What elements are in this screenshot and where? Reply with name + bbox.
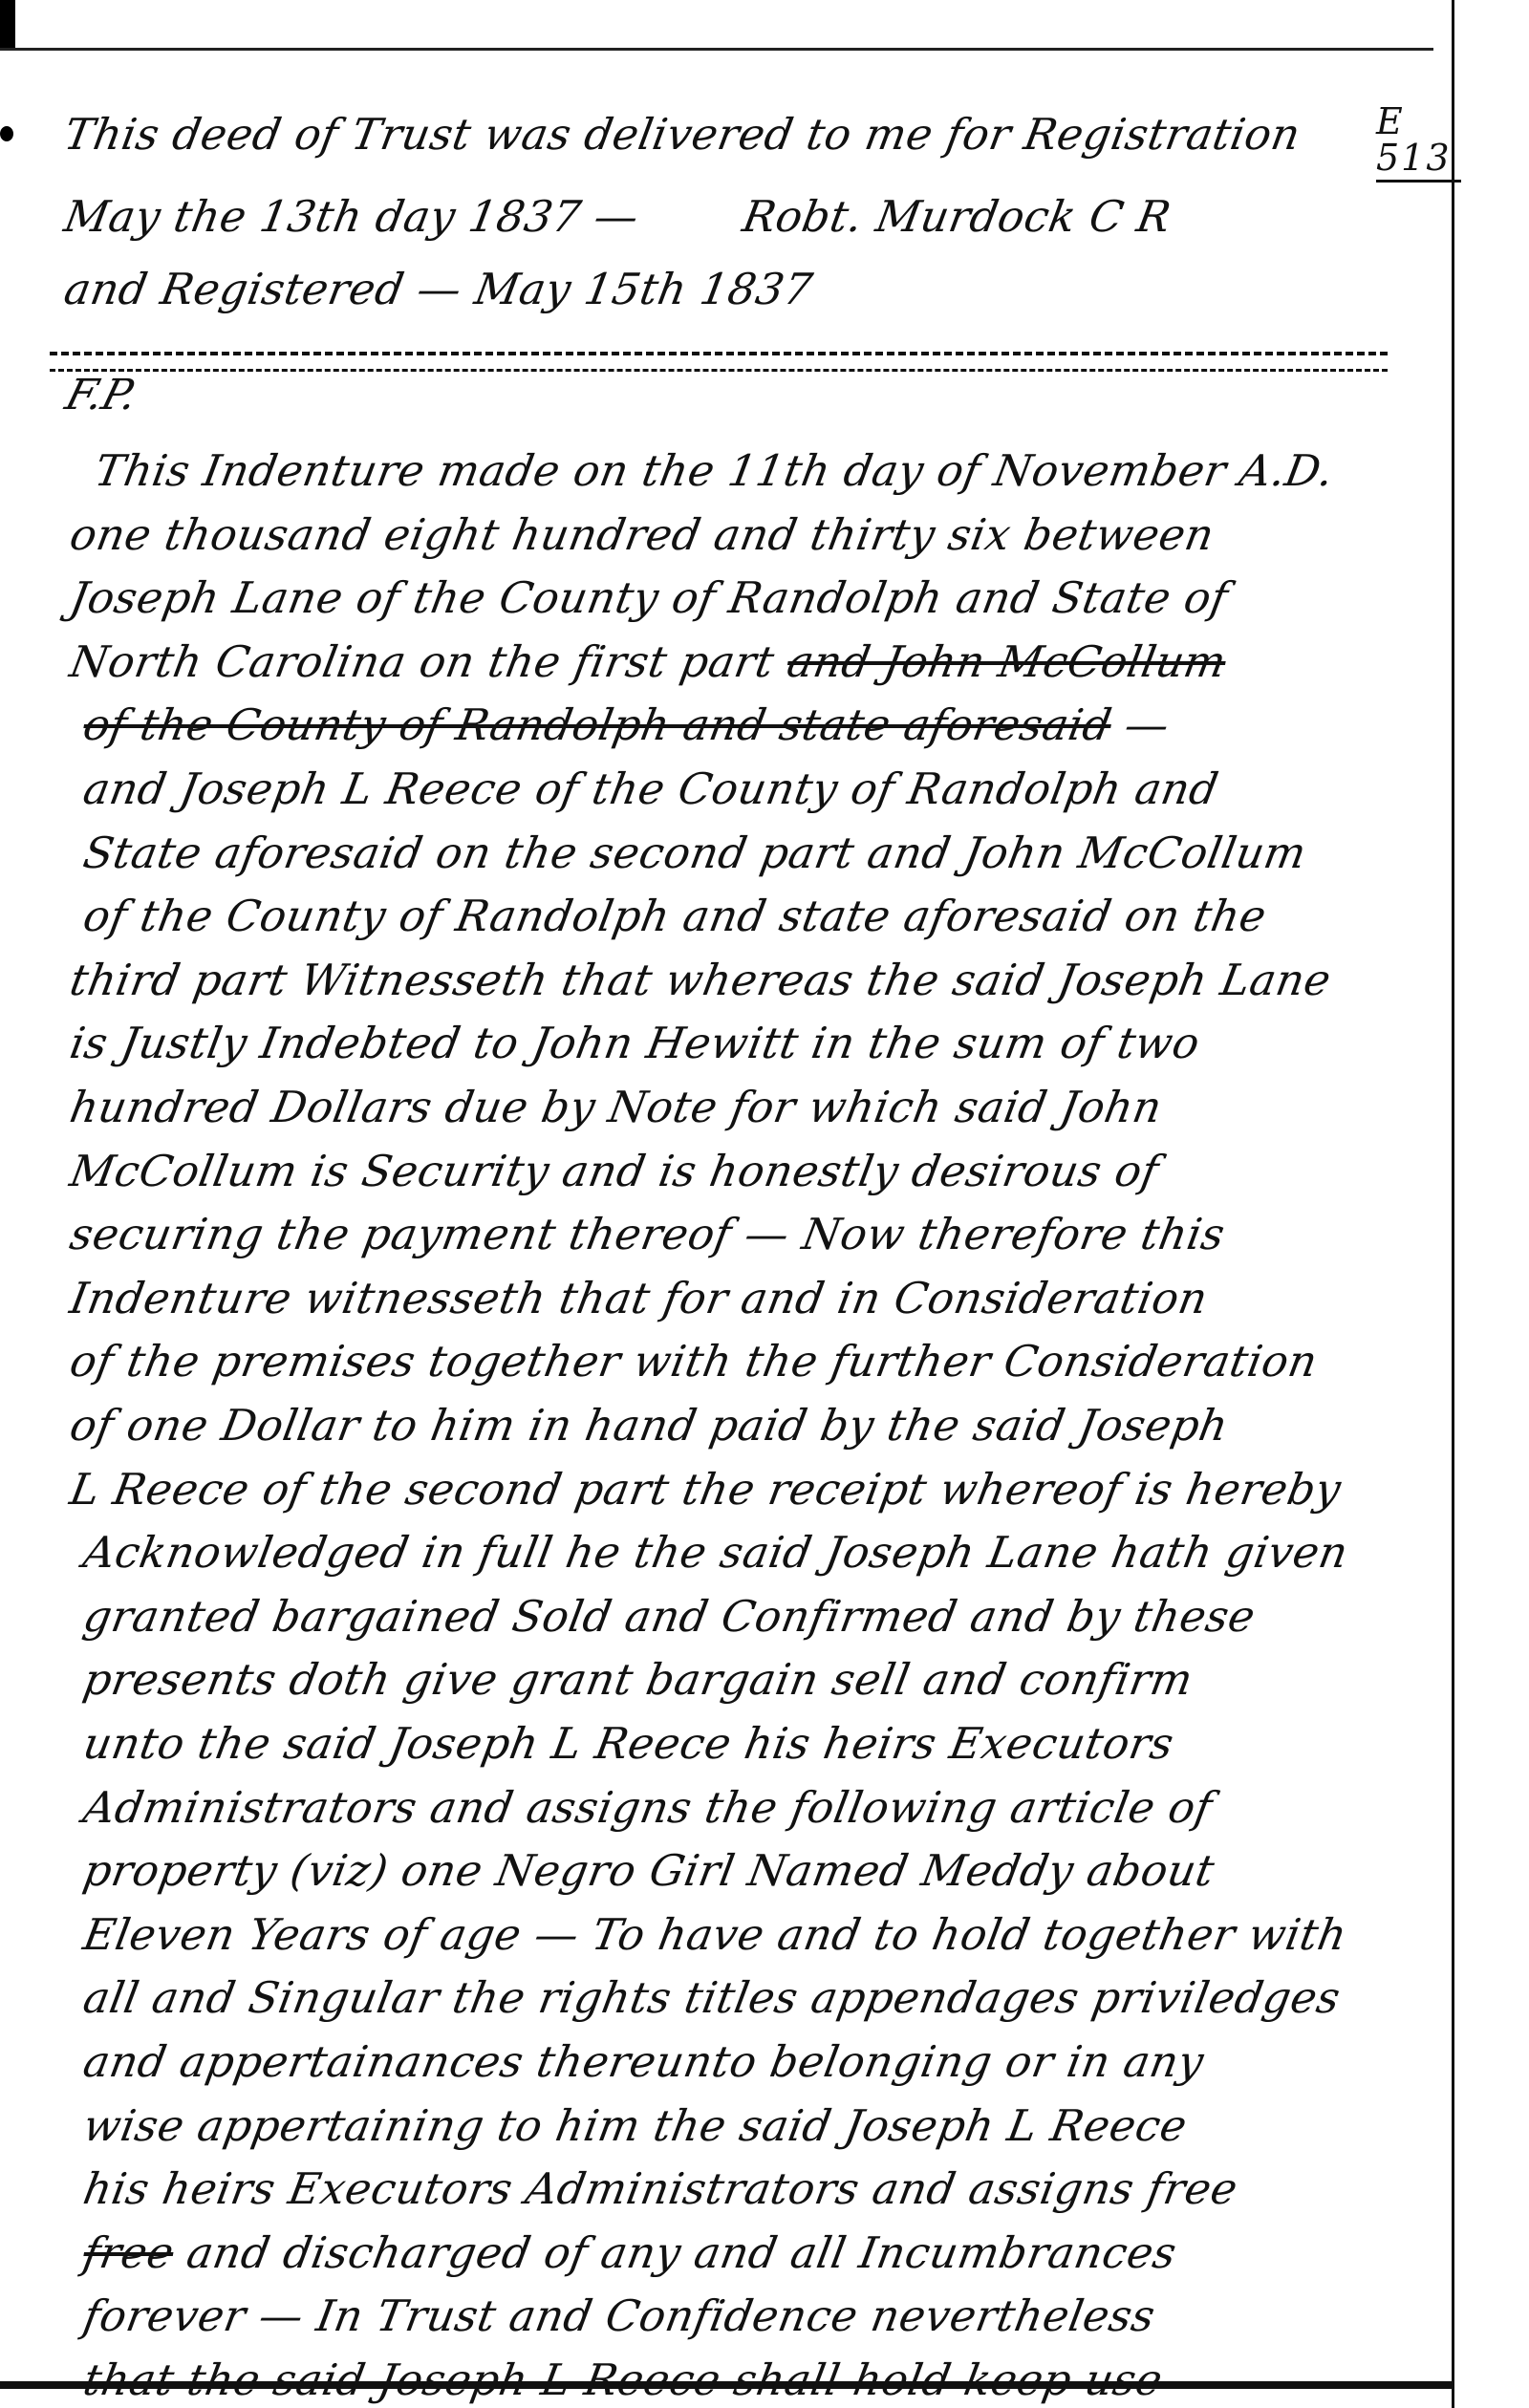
line-text: — — [1107, 699, 1174, 750]
deed-text-line: Acknowledged in full he the said Joseph … — [80, 1531, 1351, 1574]
deed-text-line: property (viz) one Negro Girl Named Medd… — [80, 1849, 1217, 1892]
line-text: This Indenture made on the 11th day of N… — [91, 445, 1338, 496]
line-text: State aforesaid on the second part and J… — [79, 828, 1310, 878]
line-text: one thousand eight hundred and thirty si… — [66, 509, 1217, 560]
deed-text-line: one thousand eight hundred and thirty si… — [67, 513, 1217, 556]
deed-page: E 513 This deed of Trust was delivered t… — [0, 50, 1433, 2381]
struck-out-text: free — [79, 2227, 178, 2278]
registration-line-1: This deed of Trust was delivered to me f… — [61, 113, 1303, 156]
deed-text-line: Eleven Years of age — To have and to hol… — [80, 1913, 1350, 1956]
deed-text-line: third part Witnesseth that whereas the s… — [67, 958, 1334, 1001]
line-text: McCollum is Security and is honestly des… — [66, 1146, 1162, 1196]
deed-text-line: Joseph Lane of the County of Randolph an… — [67, 576, 1231, 619]
line-text: and Joseph L Reece of the County of Rand… — [79, 763, 1222, 814]
deed-text-line: Administrators and assigns the following… — [80, 1786, 1216, 1829]
deed-text-line: all and Singular the rights titles appen… — [80, 1976, 1344, 2019]
line-text: and appertainances thereunto belonging o… — [79, 2036, 1207, 2087]
line-text: of the premises together with the furthe… — [66, 1336, 1321, 1387]
line-text: property (viz) one Negro Girl Named Medd… — [79, 1845, 1218, 1896]
registration-date: May the 13th day 1837 — — [60, 191, 642, 242]
deed-text-line: securing the payment thereof — Now there… — [67, 1213, 1228, 1256]
line-text: wise appertaining to him the said Joseph… — [79, 2100, 1191, 2151]
deed-text-line: his heirs Executors Administrators and a… — [80, 2167, 1241, 2210]
page-number-mark: E 513 — [1376, 103, 1461, 183]
line-text: L Reece of the second part the receipt w… — [66, 1464, 1345, 1515]
deed-text-line: hundred Dollars due by Note for which sa… — [67, 1086, 1165, 1129]
deed-text-line: Indenture witnesseth that for and in Con… — [67, 1277, 1211, 1320]
deed-text-line: granted bargained Sold and Confirmed and… — [80, 1595, 1259, 1638]
deed-text-line: and Joseph L Reece of the County of Rand… — [80, 767, 1221, 810]
line-text: Joseph Lane of the County of Randolph an… — [66, 572, 1232, 623]
line-text: granted bargained Sold and Confirmed and… — [79, 1591, 1259, 1642]
section-flourish: F.P. — [60, 371, 142, 419]
line-text: and discharged of any and all Incumbranc… — [169, 2227, 1181, 2278]
deed-text-line: This Indenture made on the 11th day of N… — [92, 449, 1337, 492]
deed-text-line: of the County of Randolph and state afor… — [80, 894, 1270, 937]
line-text: presents doth give grant bargain sell an… — [79, 1654, 1196, 1705]
line-text: that the said Joseph L Reece shall hold … — [79, 2354, 1166, 2405]
line-text: forever — In Trust and Confidence nevert… — [79, 2290, 1159, 2341]
line-text: North Carolina on the first part — [66, 636, 792, 687]
deed-text-line: unto the said Joseph L Reece his heirs E… — [80, 1722, 1177, 1765]
line-text: all and Singular the rights titles appen… — [79, 1972, 1344, 2023]
deed-text-line: free and discharged of any and all Incum… — [80, 2231, 1180, 2274]
struck-out-text: of the County of Randolph and state afor… — [79, 699, 1115, 750]
line-text: Indenture witnesseth that for and in Con… — [66, 1273, 1212, 1323]
line-text: hundred Dollars due by Note for which sa… — [66, 1082, 1166, 1132]
deed-text-line: wise appertaining to him the said Joseph… — [80, 2104, 1191, 2147]
scan-edge-artifact — [0, 0, 15, 50]
registration-line-3: and Registered — May 15th 1837 — [61, 268, 816, 311]
deed-text-line: is Justly Indebted to John Hewitt in the… — [67, 1021, 1203, 1064]
deed-text-line: of the premises together with the furthe… — [67, 1340, 1321, 1383]
deed-text-line: State aforesaid on the second part and J… — [80, 831, 1309, 874]
struck-out-text: and John McCollum — [784, 636, 1230, 687]
line-text: securing the payment thereof — Now there… — [66, 1209, 1229, 1259]
deed-text-line: North Carolina on the first part and Joh… — [67, 640, 1230, 683]
line-text: Administrators and assigns the following… — [79, 1782, 1216, 1833]
deed-text-line: McCollum is Security and is honestly des… — [67, 1150, 1162, 1193]
deed-text-line: forever — In Trust and Confidence nevert… — [80, 2294, 1158, 2337]
line-text: Eleven Years of age — To have and to hol… — [79, 1909, 1350, 1960]
deed-text-line: and appertainances thereunto belonging o… — [80, 2040, 1207, 2083]
line-text: of the County of Randolph and state afor… — [79, 891, 1270, 941]
deed-text-line: of the County of Randolph and state afor… — [80, 703, 1173, 746]
line-text: unto the said Joseph L Reece his heirs E… — [79, 1718, 1177, 1769]
deed-text-line: presents doth give grant bargain sell an… — [80, 1658, 1196, 1701]
registrar-signature: Robt. Murdock C R — [739, 191, 1174, 242]
line-text: of one Dollar to him in hand paid by the… — [66, 1400, 1232, 1451]
deed-text-line: L Reece of the second part the receipt w… — [67, 1468, 1345, 1511]
deed-text-line: of one Dollar to him in hand paid by the… — [67, 1404, 1232, 1447]
line-text: is Justly Indebted to John Hewitt in the… — [66, 1018, 1203, 1068]
line-text: Acknowledged in full he the said Joseph … — [79, 1527, 1352, 1578]
line-text: his heirs Executors Administrators and a… — [79, 2163, 1241, 2214]
section-separator — [50, 352, 1388, 372]
registration-line-2: May the 13th day 1837 —Robt. Murdock C R — [61, 195, 1174, 238]
line-text: third part Witnesseth that whereas the s… — [66, 955, 1335, 1005]
scan-outer-border — [1452, 0, 1454, 2408]
deed-text-line: that the said Joseph L Reece shall hold … — [80, 2358, 1166, 2401]
